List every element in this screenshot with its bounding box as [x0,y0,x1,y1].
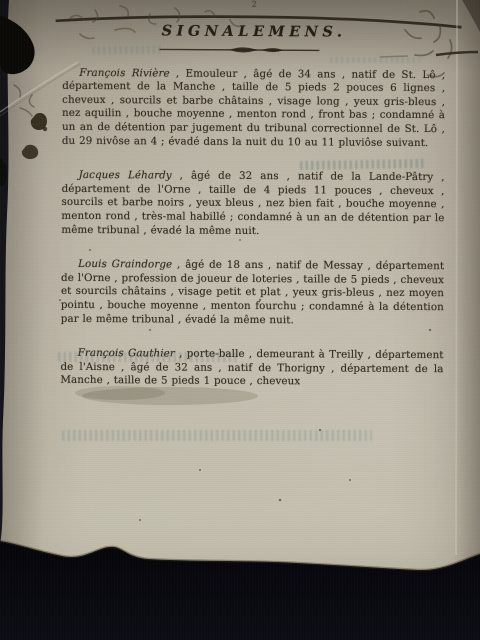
title-top-rule [54,11,464,32]
page-content: 2 SIGNALEMENS. François Rivière , Emoule… [60,0,445,411]
person-name: Louis Graindorge [78,258,172,271]
title-ornament-divider [158,43,320,56]
photographed-document: 2 SIGNALEMENS. François Rivière , Emoule… [0,0,480,640]
person-name: Jacques Léhardy [79,169,172,182]
ghost-text-mark [62,430,372,441]
person-name: François Gauthier [78,347,175,360]
signalement-paragraph: François Rivière , Emouleur , âgé de 34 … [62,67,445,151]
person-name: François Rivière [79,67,169,80]
signalement-paragraph: Louis Graindorge , âgé de 18 ans , natif… [61,258,444,328]
paragraph-text: , Emouleur , âgé de 34 ans , natif de St… [62,67,445,149]
signalement-paragraph: François Gauthier , porte-balle , demeur… [60,347,443,390]
signalement-paragraph: Jacques Léhardy , âgé de 32 ans , natif … [61,169,444,239]
